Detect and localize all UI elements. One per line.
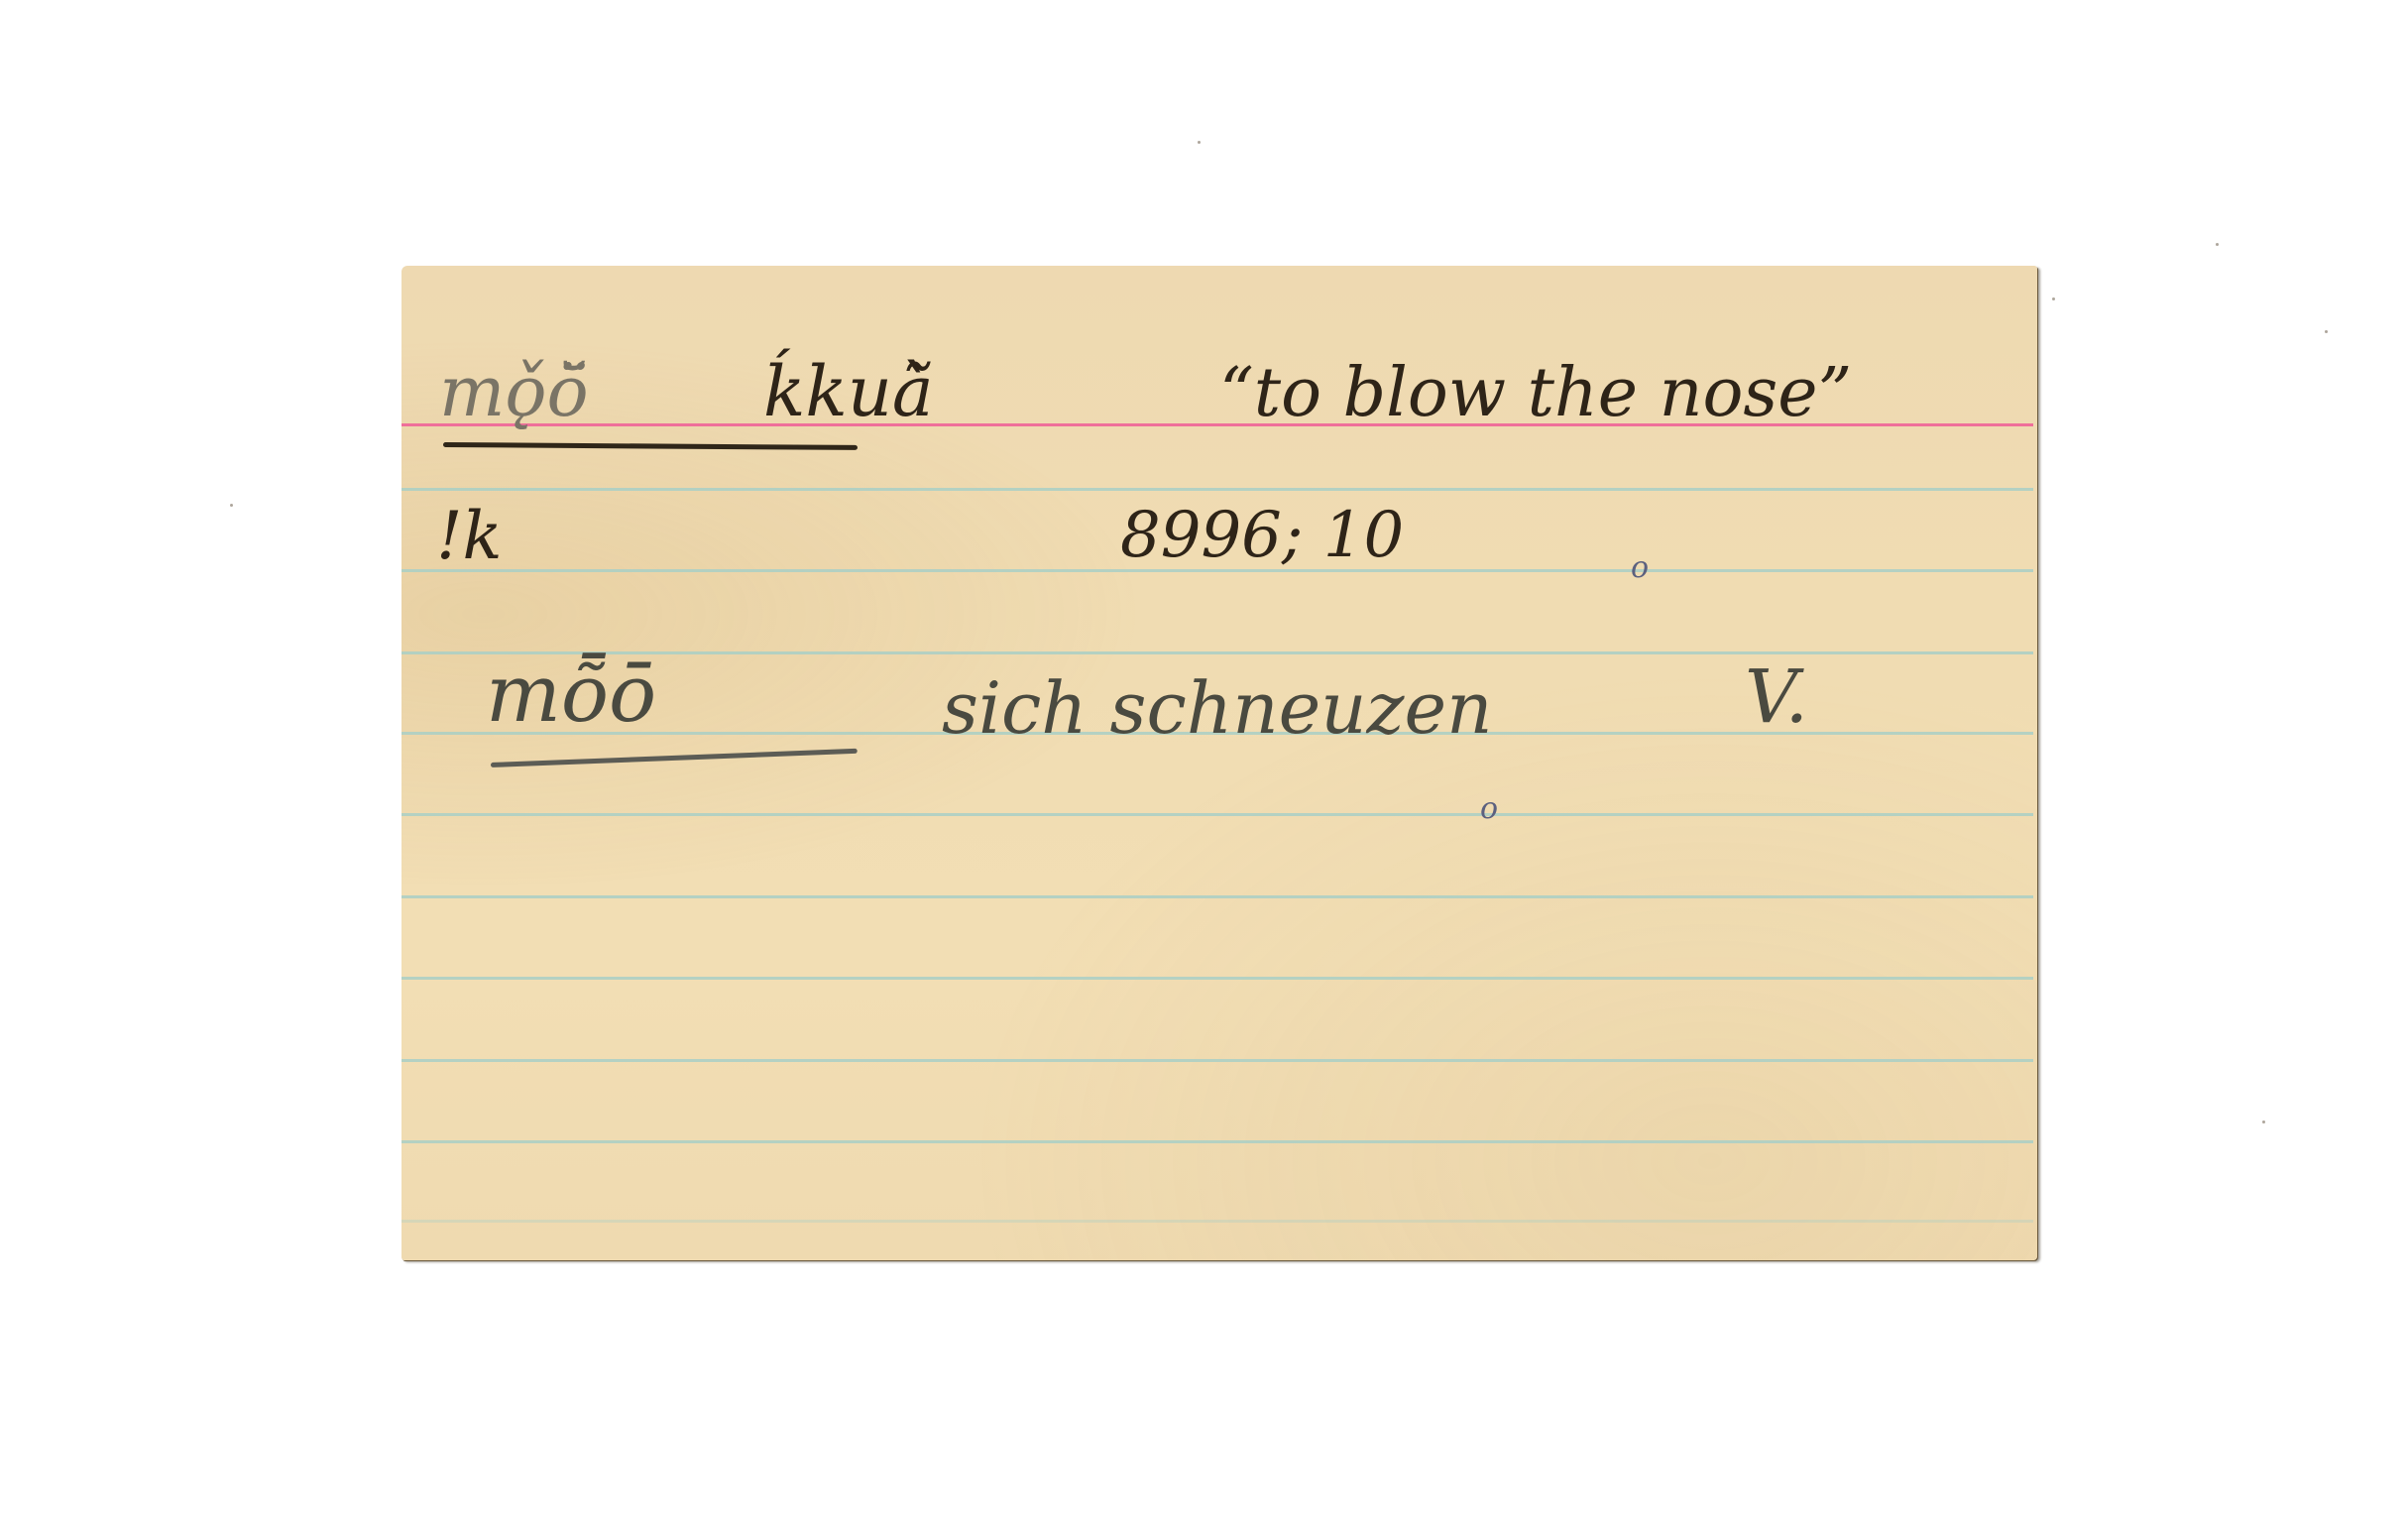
headword-2: ḱkuã̀ (763, 357, 934, 426)
dust-speck (230, 504, 233, 507)
headword-1: mǫ̌ö̆ (439, 357, 589, 426)
reference-number: 8996; 10 (1120, 504, 1404, 567)
source-mark: !k (436, 504, 503, 569)
german-gloss: sich schneuzen (942, 672, 1492, 744)
headword-underline (443, 442, 858, 450)
ruled-line (401, 977, 2033, 980)
english-gloss: “to blow the nose” (1219, 360, 1852, 427)
dust-speck (2325, 330, 2328, 333)
ruled-line (401, 813, 2033, 816)
dust-speck (2216, 243, 2219, 246)
ruled-line (401, 1220, 2033, 1223)
ink-mark-o: o (1480, 794, 1498, 824)
ruled-line (401, 895, 2033, 898)
dust-speck (2052, 297, 2055, 300)
source-abbrev: V. (1745, 660, 1808, 734)
ruled-line (401, 1059, 2033, 1062)
index-card: mǫ̌ö̆ ḱkuã̀ “to blow the nose” !k 8996; … (401, 266, 2037, 1260)
dust-speck (1198, 141, 1201, 144)
ruled-line (401, 488, 2033, 491)
ruled-line (401, 1140, 2033, 1143)
form-underline (491, 749, 858, 767)
dust-speck (2262, 1120, 2265, 1123)
form-word: mȭō̄ (486, 654, 656, 734)
ink-mark-o: o (1631, 553, 1649, 583)
